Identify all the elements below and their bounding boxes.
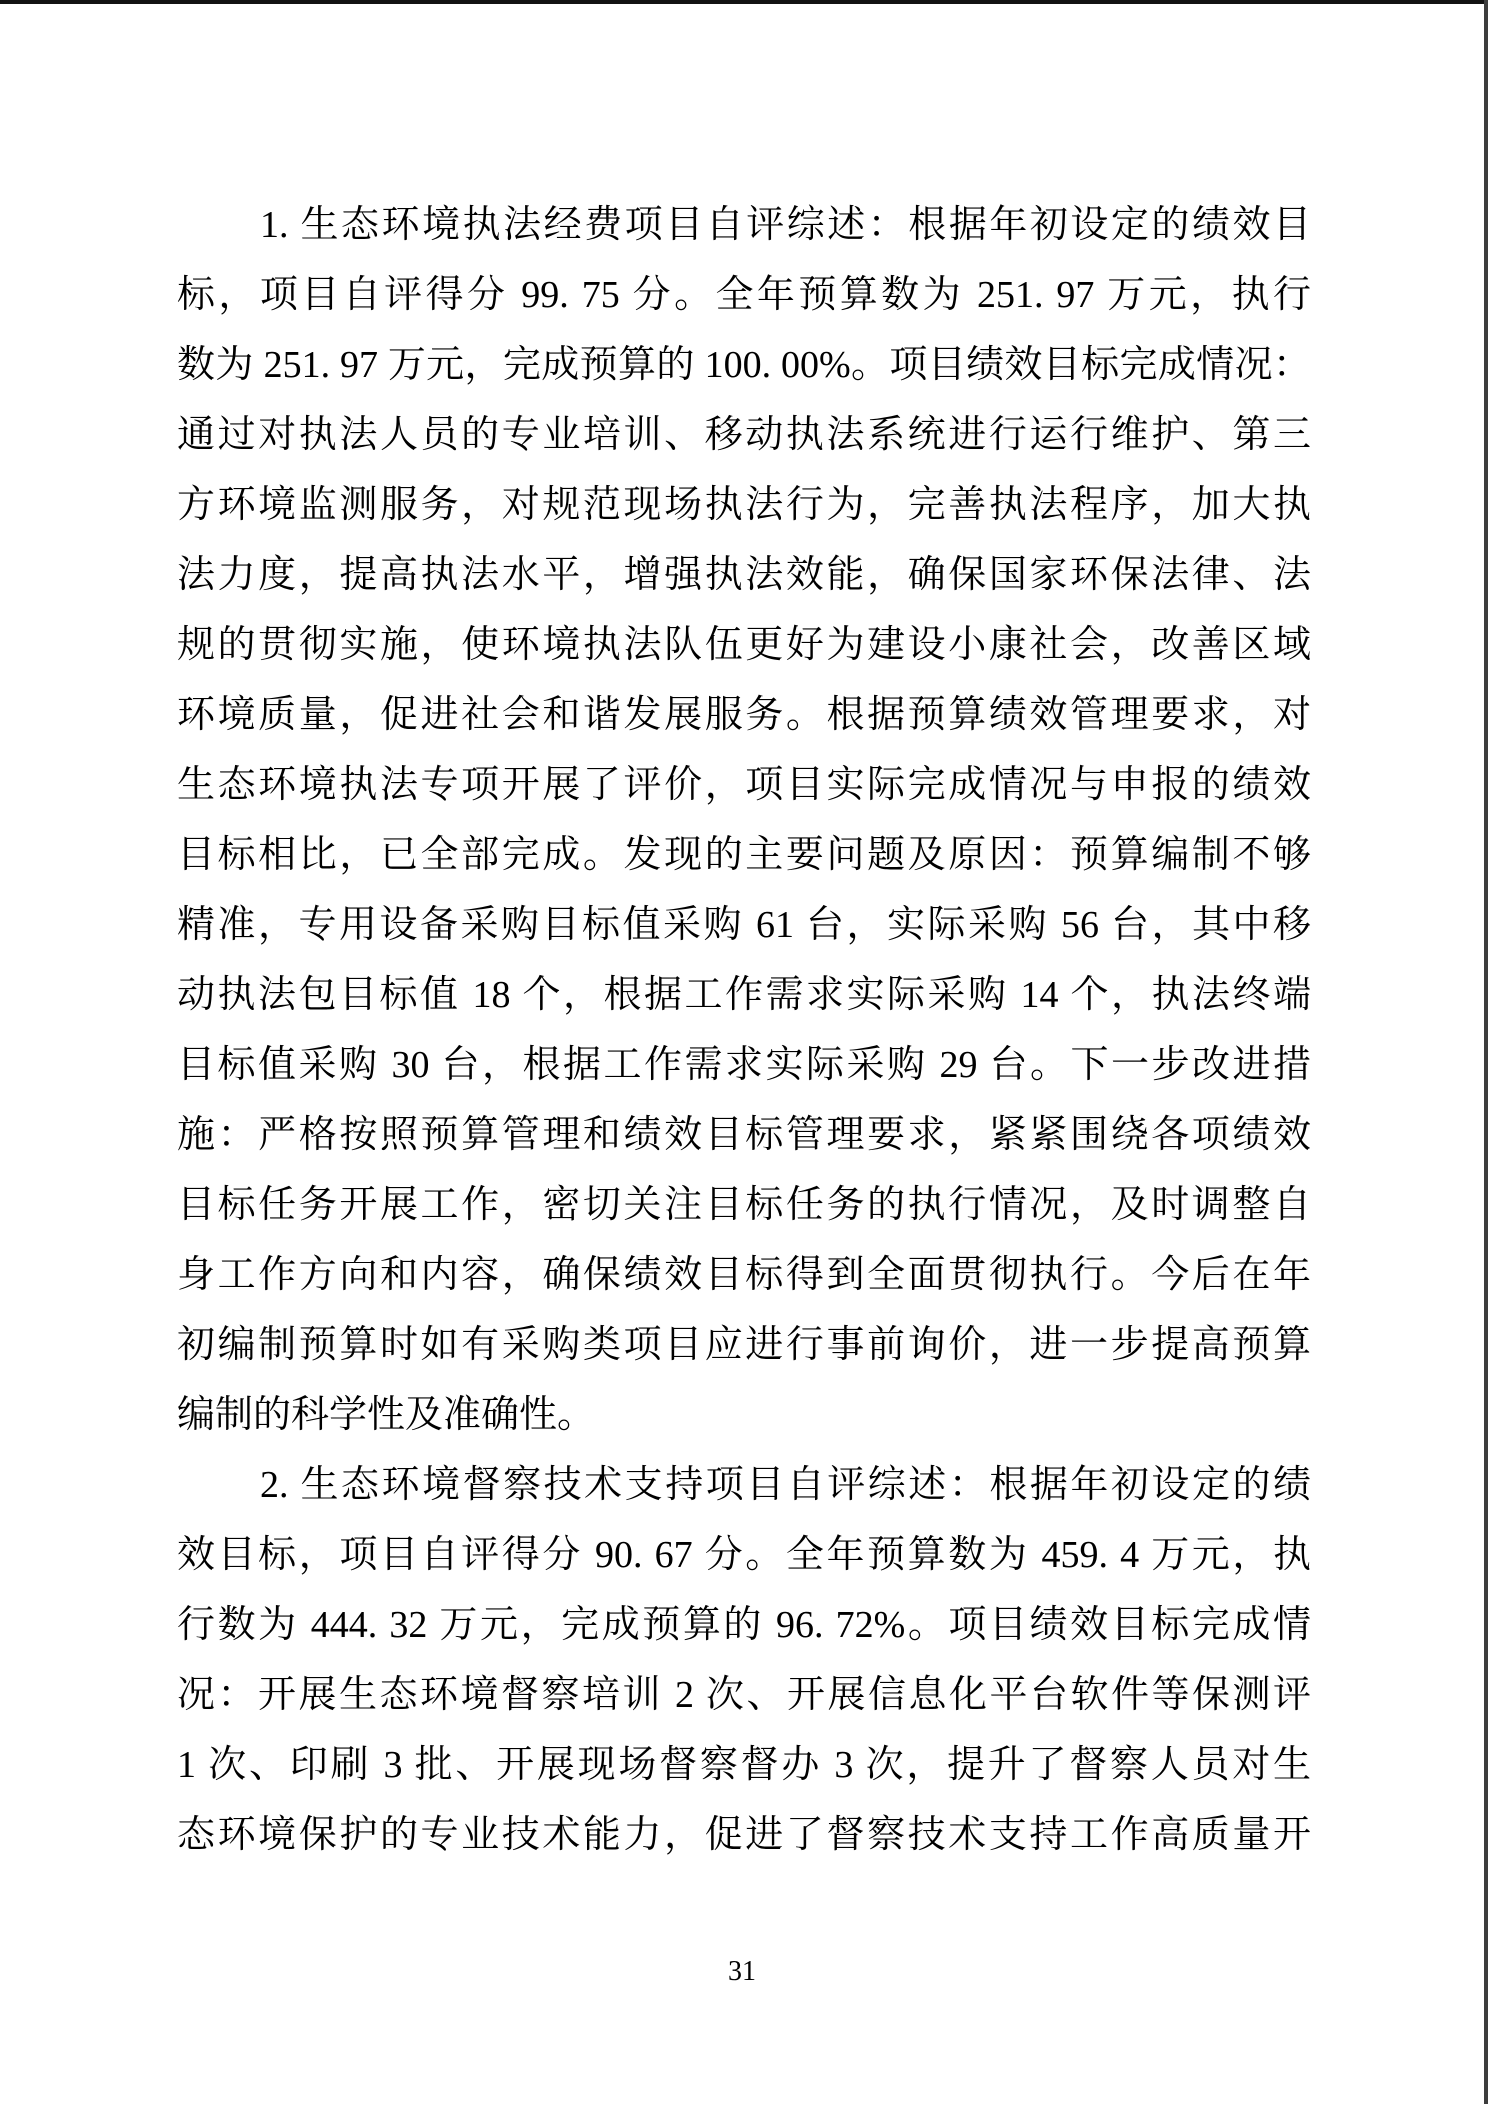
text-line: 环境质量，促进社会和谐发展服务。根据预算绩效管理要求，对 — [177, 680, 1311, 750]
text-line: 态环境保护的专业技术能力，促进了督察技术支持工作高质量开 — [177, 1800, 1311, 1870]
text-line: 况：开展生态环境督察培训 2 次、开展信息化平台软件等保测评 — [177, 1660, 1311, 1730]
text-line: 动执法包目标值 18 个，根据工作需求实际采购 14 个，执法终端 — [177, 960, 1311, 1030]
scan-edge-top — [0, 0, 1488, 4]
text-line: 行数为 444. 32 万元，完成预算的 96. 72%。项目绩效目标完成情 — [177, 1590, 1311, 1660]
text-line: 通过对执法人员的专业培训、移动执法系统进行运行维护、第三 — [177, 400, 1311, 470]
text-line: 1. 生态环境执法经费项目自评综述：根据年初设定的绩效目 — [177, 190, 1311, 260]
document-body: 1. 生态环境执法经费项目自评综述：根据年初设定的绩效目标，项目自评得分 99.… — [177, 190, 1311, 1870]
text-line: 编制的科学性及准确性。 — [177, 1380, 1311, 1450]
paragraph: 1. 生态环境执法经费项目自评综述：根据年初设定的绩效目标，项目自评得分 99.… — [177, 190, 1311, 1450]
text-line: 生态环境执法专项开展了评价，项目实际完成情况与申报的绩效 — [177, 750, 1311, 820]
text-line: 数为 251. 97 万元，完成预算的 100. 00%。项目绩效目标完成情况： — [177, 330, 1311, 400]
text-line: 初编制预算时如有采购类项目应进行事前询价，进一步提高预算 — [177, 1310, 1311, 1380]
text-line: 施：严格按照预算管理和绩效目标管理要求，紧紧围绕各项绩效 — [177, 1100, 1311, 1170]
text-line: 精准，专用设备采购目标值采购 61 台，实际采购 56 台，其中移 — [177, 890, 1311, 960]
text-line: 身工作方向和内容，确保绩效目标得到全面贯彻执行。今后在年 — [177, 1240, 1311, 1310]
text-line: 标，项目自评得分 99. 75 分。全年预算数为 251. 97 万元，执行 — [177, 260, 1311, 330]
text-line: 规的贯彻实施，使环境执法队伍更好为建设小康社会，改善区域 — [177, 610, 1311, 680]
text-line: 2. 生态环境督察技术支持项目自评综述：根据年初设定的绩 — [177, 1450, 1311, 1520]
text-line: 方环境监测服务，对规范现场执法行为，完善执法程序，加大执 — [177, 470, 1311, 540]
text-line: 目标值采购 30 台，根据工作需求实际采购 29 台。下一步改进措 — [177, 1030, 1311, 1100]
text-line: 目标任务开展工作，密切关注目标任务的执行情况，及时调整自 — [177, 1170, 1311, 1240]
text-line: 目标相比，已全部完成。发现的主要问题及原因：预算编制不够 — [177, 820, 1311, 890]
page-number: 31 — [728, 1956, 756, 1987]
text-line: 1 次、印刷 3 批、开展现场督察督办 3 次，提升了督察人员对生 — [177, 1730, 1311, 1800]
paragraph: 2. 生态环境督察技术支持项目自评综述：根据年初设定的绩效目标，项目自评得分 9… — [177, 1450, 1311, 1870]
text-line: 效目标，项目自评得分 90. 67 分。全年预算数为 459. 4 万元，执 — [177, 1520, 1311, 1590]
page-footer: 31 — [0, 1954, 1484, 1990]
text-line: 法力度，提高执法水平，增强执法效能，确保国家环保法律、法 — [177, 540, 1311, 610]
scan-edge-right — [1484, 0, 1488, 2104]
